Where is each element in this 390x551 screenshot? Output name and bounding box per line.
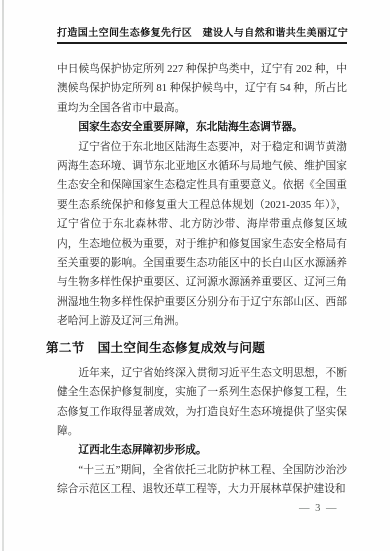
body-paragraph-continuation: 中日候鸟保护协定所列 227 种保护鸟类中，辽宁有 202 种，中澳候鸟保护协定… [57,60,347,118]
page-number: — 3 — [299,503,338,514]
body-paragraph: 辽宁省位于东北地区陆海生态要冲，对于稳定和调节黄渤两海生态环境、调节东北亚地区水… [57,138,347,332]
document-body: 中日候鸟保护协定所列 227 种保护鸟类中，辽宁有 202 种，中澳候鸟保护协定… [57,60,347,500]
section-heading: 第二节 国土空间生态修复成效与问题 [46,341,347,356]
body-paragraph: 近年来，辽宁省始终深入贯彻习近平生态文明思想，不断健全生态保护修复制度，实施了一… [57,364,347,442]
page-header: 打造国土空间生态修复先行区 建设人与自然和谐共生美丽辽宁 [57,24,347,44]
body-paragraph: “十三五”期间，全省依托三北防护林工程、全国防沙治沙综合示范区工程、退牧还草工程… [57,461,347,500]
bold-lead-heading: 辽西北生态屏障初步形成。 [57,441,347,460]
header-title: 打造国土空间生态修复先行区 建设人与自然和谐共生美丽辽宁 [57,24,347,39]
bold-lead-heading: 国家生态安全重要屏障，东北陆海生态调节器。 [57,118,347,137]
document-page: 打造国土空间生态修复先行区 建设人与自然和谐共生美丽辽宁 中日候鸟保护协定所列 … [0,0,390,551]
scan-edge-line [2,0,4,551]
